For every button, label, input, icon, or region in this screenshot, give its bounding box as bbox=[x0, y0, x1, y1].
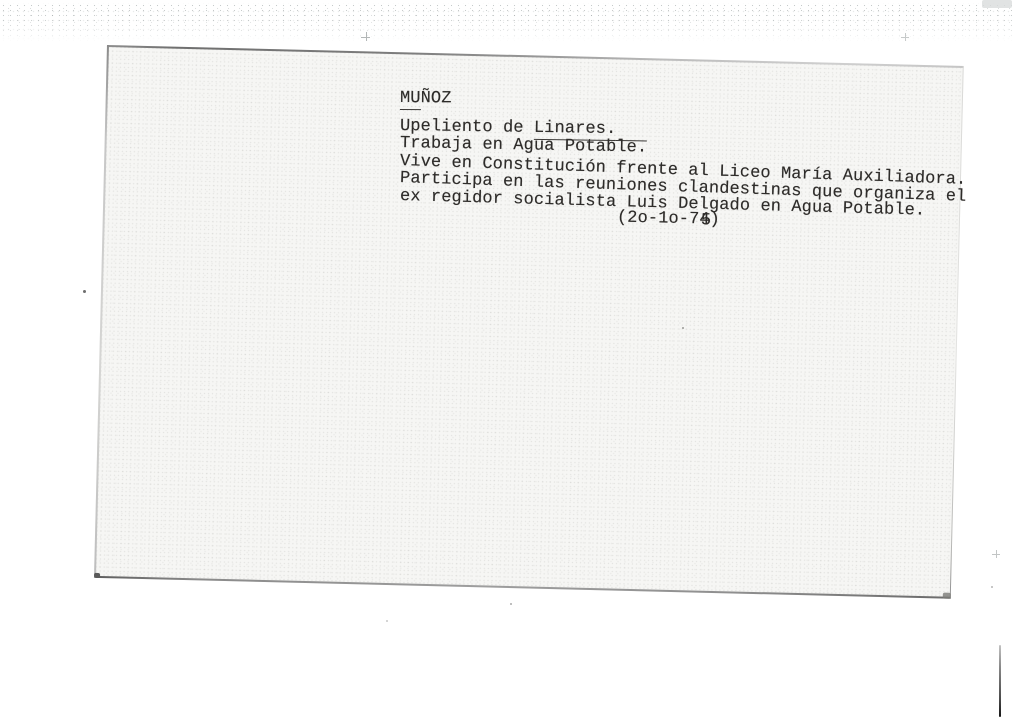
card-edge-top bbox=[107, 45, 964, 68]
text-segment: MU bbox=[400, 89, 421, 110]
scan-speck bbox=[386, 620, 388, 622]
typewritten-text-block: MUÑOZUpeliento de Linares. Trabaja en Ag… bbox=[400, 90, 985, 223]
text-segment: (2o-1o-7 bbox=[617, 209, 700, 230]
scan-edge-line bbox=[999, 645, 1001, 717]
registration-cross-icon bbox=[992, 550, 1000, 558]
scan-speck bbox=[682, 327, 684, 329]
registration-cross-icon bbox=[901, 33, 909, 41]
card-line-surname: MUÑOZ bbox=[400, 90, 985, 111]
scan-smudge-top-right bbox=[982, 0, 1012, 8]
scan-noise-fade bbox=[0, 3, 1012, 43]
scan-speck bbox=[510, 603, 512, 605]
scanned-document-page: MUÑOZUpeliento de Linares. Trabaja en Ag… bbox=[0, 0, 1012, 717]
overstrike-character: 5 bbox=[701, 212, 712, 230]
card-corner-blot-bottom-right bbox=[943, 593, 951, 599]
scan-speck bbox=[83, 290, 86, 293]
text-segment: ÑOZ bbox=[421, 89, 452, 108]
card-corner-blot-bottom-left bbox=[94, 573, 100, 578]
card-edge-bottom bbox=[94, 576, 951, 599]
text-segment: 45 bbox=[699, 211, 710, 229]
card-edge-left bbox=[94, 45, 109, 578]
registration-cross-icon bbox=[361, 32, 370, 41]
scan-speck bbox=[991, 586, 993, 588]
